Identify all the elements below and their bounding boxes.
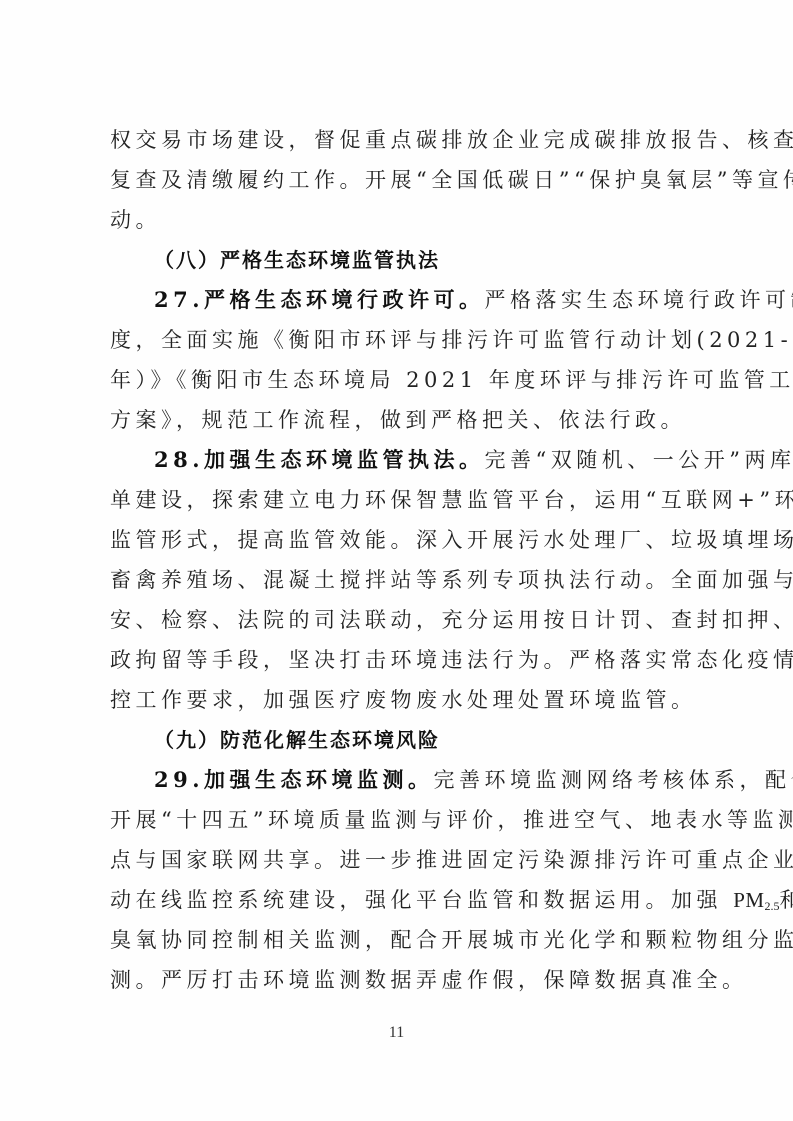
paragraph-line: 动。	[110, 200, 696, 240]
document-page: 权交易市场建设，督促重点碳排放企业完成碳排放报告、核查和 复查及清缴履约工作。开…	[0, 0, 793, 1121]
pm-line-after: 和	[780, 888, 793, 912]
item-27-title: 27.严格生态环境行政许可。	[154, 287, 485, 312]
paragraph-line: 方案》，规范工作流程，做到严格把关、依法行政。	[110, 400, 696, 440]
section-heading-8: （八）严格生态环境监管执法	[110, 240, 696, 280]
paragraph-line: 政拘留等手段，坚决打击环境违法行为。严格落实常态化疫情防	[110, 640, 696, 680]
paragraph-line: 复查及清缴履约工作。开展“全国低碳日”“保护臭氧层”等宣传活	[110, 160, 696, 200]
paragraph-line: 控工作要求，加强医疗废物废水处理处置环境监管。	[110, 680, 696, 720]
paragraph-line: 年）》《衡阳市生态环境局 2021 年度环评与排污许可监管工作	[110, 360, 696, 400]
item-27-text: 严格落实生态环境行政许可制	[485, 288, 793, 312]
paragraph-line: 单建设，探索建立电力环保智慧监管平台，运用“互联网+”环境	[110, 480, 696, 520]
paragraph-line: 度，全面实施《衡阳市环评与排污许可监管行动计划(2021-2023	[110, 320, 696, 360]
paragraph-line: 开展“十四五”环境质量监测与评价，推进空气、地表水等监测站	[110, 800, 696, 840]
item-28-first-line: 28.加强生态环境监管执法。完善“双随机、一公开”两库一	[110, 440, 696, 480]
item-29-text: 完善环境监测网络考核体系，配合	[434, 768, 793, 792]
paragraph-line: 畜禽养殖场、混凝土搅拌站等系列专项执法行动。全面加强与公	[110, 560, 696, 600]
item-29-title: 29.加强生态环境监测。	[154, 767, 434, 792]
paragraph-line: 监管形式，提高监管效能。深入开展污水处理厂、垃圾填埋场、	[110, 520, 696, 560]
section-heading-9: （九）防范化解生态环境风险	[110, 720, 696, 760]
paragraph-line: 臭氧协同控制相关监测，配合开展城市光化学和颗粒物组分监	[110, 920, 696, 960]
body-text: 权交易市场建设，督促重点碳排放企业完成碳排放报告、核查和 复查及清缴履约工作。开…	[110, 120, 696, 1000]
item-28-text: 完善“双随机、一公开”两库一	[485, 448, 793, 472]
pm-subscript: 2.5	[765, 899, 780, 913]
pm-line-before: 动在线监控系统建设，强化平台监管和数据运用。加强	[110, 888, 733, 912]
paragraph-line-pm25: 动在线监控系统建设，强化平台监管和数据运用。加强 PM2.5和	[110, 880, 696, 920]
paragraph-line: 测。严厉打击环境监测数据弄虚作假，保障数据真准全。	[110, 960, 696, 1000]
paragraph-line: 权交易市场建设，督促重点碳排放企业完成碳排放报告、核查和	[110, 120, 696, 160]
item-29-first-line: 29.加强生态环境监测。完善环境监测网络考核体系，配合	[110, 760, 696, 800]
item-28-title: 28.加强生态环境监管执法。	[154, 447, 485, 472]
pm-label: PM	[733, 888, 764, 912]
paragraph-line: 安、检察、法院的司法联动，充分运用按日计罚、查封扣押、行	[110, 600, 696, 640]
page-number: 11	[0, 1024, 793, 1042]
item-27-first-line: 27.严格生态环境行政许可。严格落实生态环境行政许可制	[110, 280, 696, 320]
paragraph-line: 点与国家联网共享。进一步推进固定污染源排污许可重点企业自	[110, 840, 696, 880]
